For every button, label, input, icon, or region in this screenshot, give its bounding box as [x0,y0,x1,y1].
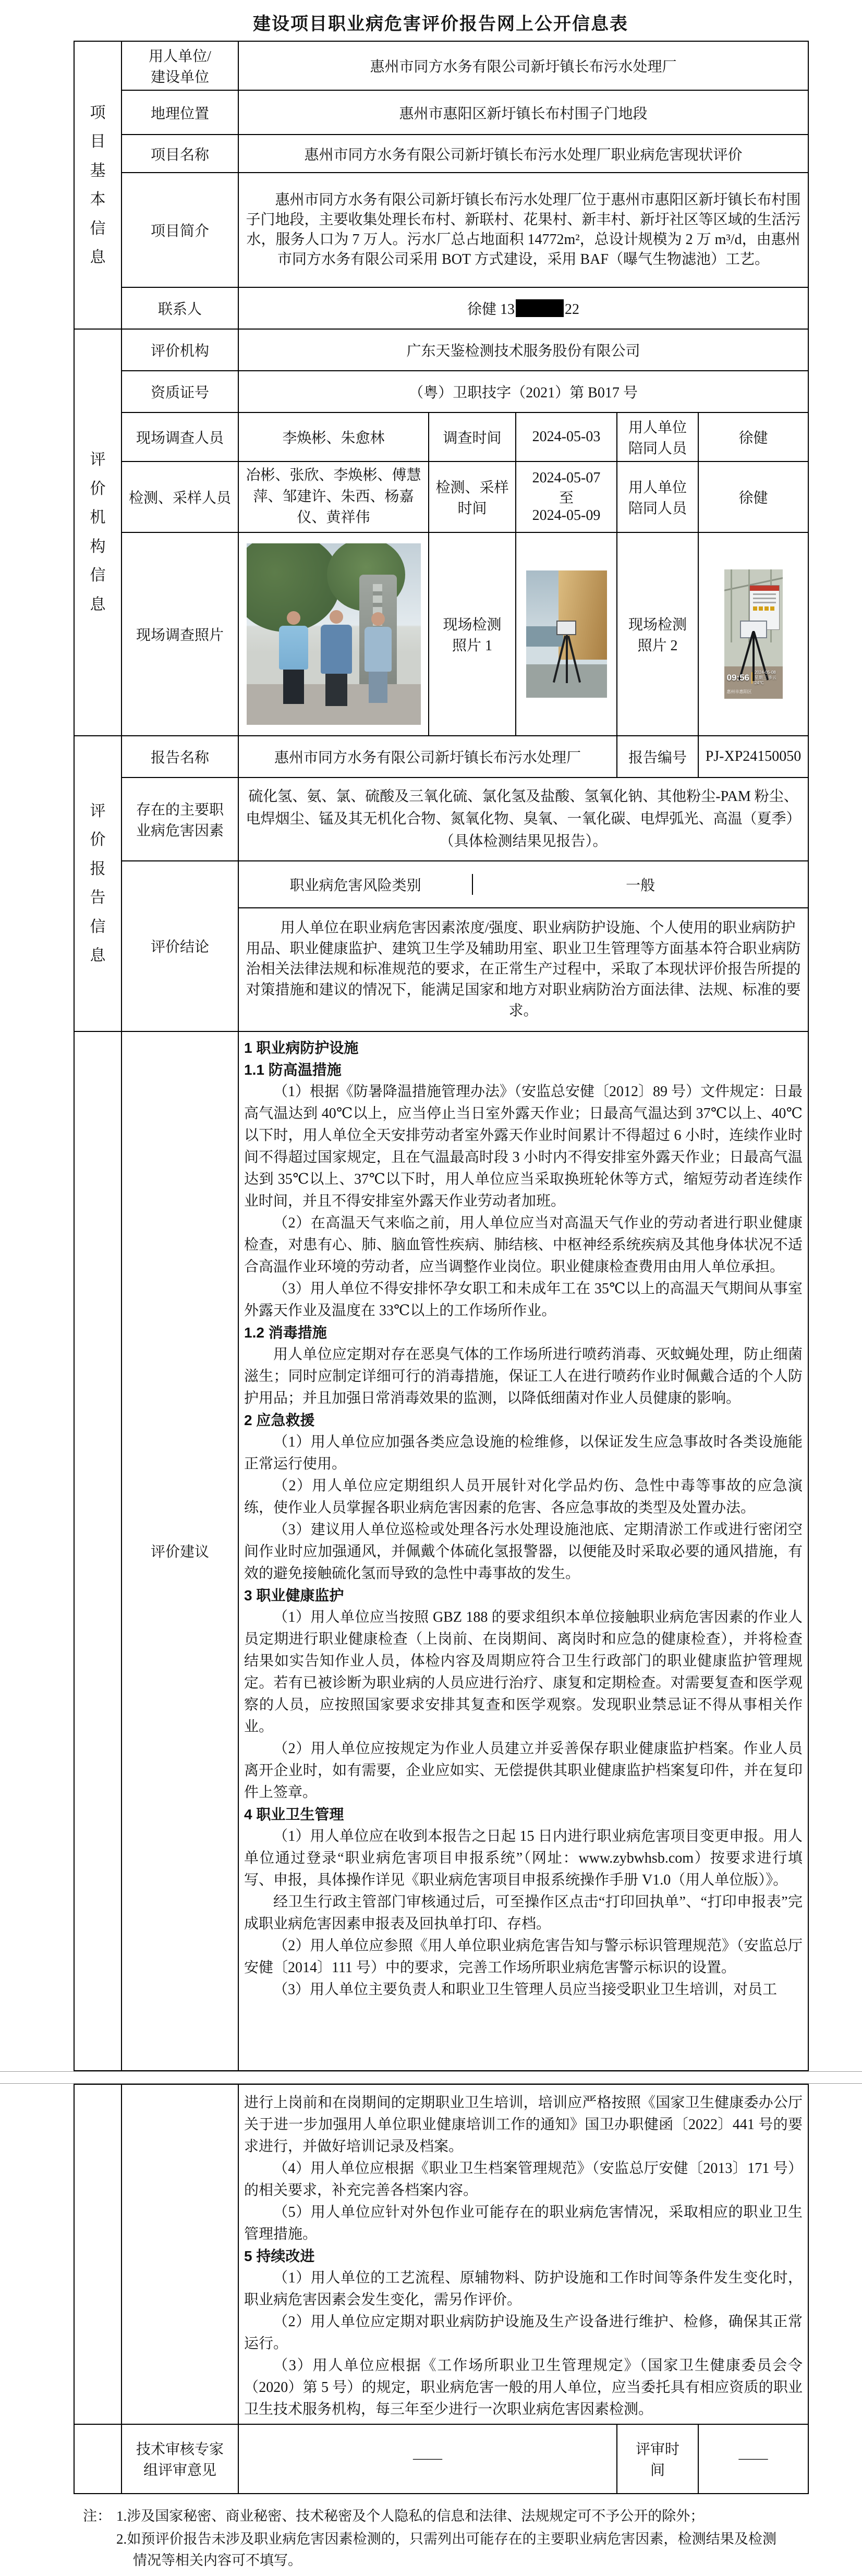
table-row: 资质证号 （粤）卫职技字（2021）第 B017 号 [74,371,808,412]
site-detection-photo-2: 09:56 2024-05-08 星期三 多云 24℃ 惠州市惠阳区 [724,569,783,699]
person-torso [365,627,392,672]
report-name-label-cell: 报告名称 [122,736,238,777]
risk-category-value: 一般 [472,874,808,895]
table-row: 项目名称 惠州市同方水务有限公司新圩镇长布污水处理厂职业病危害现状评价 [74,135,808,173]
photo-watermark: 惠州市惠阳区 [727,689,752,695]
detect-photo2-label: 现场检测照片 2 [626,613,689,655]
risk-category-row-cell: 职业病危害风险类别 一般 [238,861,808,908]
redaction-box [516,299,564,317]
conclusion-value-cell: 用人单位在职业病危害因素浓度/强度、职业病防护设施、个人使用的职业病防护用品、职… [238,908,808,1031]
location-label-cell: 地理位置 [122,90,238,135]
suggestion-paragraph: （1）根据《防暑降温措施管理办法》（安监总安健〔2012〕89 号）文件规定：日… [244,1081,803,1212]
table-row: 项目基本信息 用人单位/建设单位 惠州市同方水务有限公司新圩镇长布污水处理厂 [74,41,808,90]
notice-board-line [753,598,776,599]
survey-staff-label-cell: 现场调查人员 [122,412,238,461]
cert-label-cell: 资质证号 [122,371,238,412]
footer-notes: 注： 1.涉及国家秘密、商业秘密、技术秘密及个人隐私的信息和法律、法规规定可不予… [83,2506,776,2573]
suggestion-paragraph: 1.2 消毒措施 [244,1322,803,1344]
detect-photo2-label-cell: 现场检测照片 2 [617,532,698,736]
table-row: 评价报告信息 报告名称 惠州市同方水务有限公司新圩镇长布污水处理厂 报告编号 P… [74,736,808,777]
suggestion-paragraph: （1）用人单位应当按照 GBZ 188 的要求组织本单位接触职业病危害因素的作业… [244,1607,803,1738]
notice-board-header [750,586,779,591]
info-table-page1: 项目基本信息 用人单位/建设单位 惠州市同方水务有限公司新圩镇长布污水处理厂 地… [74,41,809,2071]
sampling-staff-value-cell: 冶彬、张欣、李焕彬、傅慧萍、邹建许、朱西、杨嘉仪、黄祥伟 [238,461,429,532]
section-basic-info-cell: 项目基本信息 [74,41,122,329]
detect-photo2-cell: 09:56 2024-05-08 星期三 多云 24℃ 惠州市惠阳区 [698,532,808,736]
person-figure [321,610,352,706]
section-report-info-cell: 评价报告信息 [74,736,122,1031]
sampling-time-label-cell: 检测、采样时间 [429,461,516,532]
suggestion-paragraph: （5）用人单位应针对外包作业可能存在的职业病危害情况，采取相应的职业卫生管理措施… [244,2202,803,2245]
table-row: 存在的主要职业病危害因素 硫化氢、氨、氯、硫酸及三氧化硫、氯化氢及盐酸、氢氧化钠… [74,777,808,861]
section-agency-info-cell: 评价机构信息 [74,329,122,736]
timestamp-date-block: 2024-05-08 星期三 多云 24℃ [755,670,783,686]
suggestion-paragraph: （2）在高温天气来临之前，用人单位应当对高温天气作业的劳动者进行职业健康检查，对… [244,1212,803,1278]
person-torso [321,625,352,674]
conclusion-label-cell: 评价结论 [122,861,238,1031]
survey-photo-cell [238,532,429,736]
suggestions-page2-cell: 进行上岗前和在岗期间的定期职业卫生培训，培训应严格按照《国家卫生健康委办公厅关于… [238,2084,808,2424]
employer-label: 用人单位/建设单位 [142,45,218,87]
contact-label-cell: 联系人 [122,287,238,329]
warning-icons-row [753,606,776,611]
risk-category-split: 职业病危害风险类别 一般 [239,874,808,895]
hazards-value-cell: 硫化氢、氨、氯、硫酸及三氧化硫、氯化氢及盐酸、氢氧化钠、其他粉尘-PAM 粉尘、… [238,777,808,861]
suggestion-paragraph: （1）用人单位应在收到本报告之日起 15 日内进行职业病危害项目变更申报。用人单… [244,1826,803,1891]
person-head [371,612,385,626]
survey-escort-value-cell: 徐健 [698,412,808,461]
suggestion-paragraph: 3 职业健康监护 [244,1585,803,1607]
suggestion-paragraph: 1 职业病防护设施 [244,1037,803,1059]
agency-org-label-cell: 评价机构 [122,329,238,371]
timestamp-divider [751,672,752,684]
person-legs [283,670,304,704]
review-value-cell: —— [238,2424,617,2494]
review-time-label-cell: 评审时间 [617,2424,698,2494]
detect-photo1-cell [516,532,617,736]
timestamp-time: 09:56 [727,673,749,683]
suggestion-paragraph: 2 应急救援 [244,1409,803,1431]
table-row: 评价机构信息 评价机构 广东天鉴检测技术服务股份有限公司 [74,329,808,371]
suggestion-paragraph: （2）用人单位应按规定为作业人员建立并妥善保存职业健康监护档案。作业人员离开企业… [244,1738,803,1804]
suggestions-label-cell: 评价建议 [122,1031,238,2071]
note-item: 1.涉及国家秘密、商业秘密、技术秘密及个人隐私的信息和法律、法规规定可不予公开的… [116,2506,776,2527]
table-row: 现场调查照片 [74,532,808,736]
table-row: 评价结论 职业病危害风险类别 一般 [74,861,808,908]
detect-photo1-label: 现场检测照片 1 [441,613,503,655]
notes-items: 1.涉及国家秘密、商业秘密、技术秘密及个人隐私的信息和法律、法规规定可不予公开的… [116,2506,776,2573]
suggestion-paragraph: （3）用人单位不得安排怀孕女职工和未成年工在 35℃以上的高温天气期间从事室外露… [244,1278,803,1322]
hazards-label-cell: 存在的主要职业病危害因素 [122,777,238,861]
survey-time-value-cell: 2024-05-03 [516,412,617,461]
document-body: 建设项目职业病危害评价报告网上公开信息表 项目基本信息 用人单位/建设单位 惠州… [74,0,808,2573]
suggestion-paragraph: （3）建议用人单位巡检或处理各污水处理设施池底、定期清淤工作或进行密闭空间作业时… [244,1519,803,1585]
timestamp-date: 2024-05-08 [755,670,776,675]
location-value-cell: 惠州市惠阳区新圩镇长布村围子门地段 [238,90,808,135]
person-figure [279,611,308,704]
suggestion-paragraph: （2）用人单位应参照《用人单位职业病危害告知与警示标识管理规范》（安监总厅安健〔… [244,1935,803,1979]
risk-category-label: 职业病危害风险类别 [239,874,472,895]
intro-value-cell: 惠州市同方水务有限公司新圩镇长布污水处理厂位于惠州市惠阳区新圩镇长布村围子门地段… [238,173,808,287]
suggestion-paragraph: （1）用人单位的工艺流程、原辅物料、防护设施和工作时间等条件发生变化时，职业病危… [244,2267,803,2311]
section-basic-info-label: 项目基本信息 [89,99,107,272]
contact-value-cell: 徐健 1322 [238,287,808,329]
sampling-escort-value-cell: 徐健 [698,461,808,532]
table-row: 现场调查人员 李焕彬、朱愈林 调查时间 2024-05-03 用人单位陪同人员 … [74,412,808,461]
section-empty-cell [74,1031,122,2071]
page-title: 建设项目职业病危害评价报告网上公开信息表 [74,0,808,41]
timestamp-weather: 星期三 多云 24℃ [755,675,776,685]
greenhouse-frame-shape [731,569,732,642]
detect-photo1-label-cell: 现场检测照片 1 [429,532,516,736]
hazards-label: 存在的主要职业病危害因素 [135,798,225,840]
person-torso [279,626,308,670]
cert-value-cell: （粤）卫职技字（2021）第 B017 号 [238,371,808,412]
suggestion-paragraph: 5 持续改进 [244,2245,803,2267]
suggestion-paragraph: 经卫生行政主管部门审核通过后，可至操作区点击“打印回执单”、“打印申报表”完成职… [244,1891,803,1935]
table-row: 项目简介 惠州市同方水务有限公司新圩镇长布污水处理厂位于惠州市惠阳区新圩镇长布村… [74,173,808,287]
photo-timestamp-overlay: 09:56 2024-05-08 星期三 多云 24℃ [727,670,783,686]
info-table-page2: 进行上岗前和在岗期间的定期职业卫生培训，培训应严格按照《国家卫生健康委办公厅关于… [74,2084,809,2494]
suggestions-page1-cell: 1 职业病防护设施1.1 防高温措施（1）根据《防暑降温措施管理办法》（安监总安… [238,1031,808,2071]
air-sampler-shape [556,621,576,635]
review-label: 技术审核专家组评审意见 [135,2438,225,2480]
employer-label-cell: 用人单位/建设单位 [122,41,238,90]
suggestion-paragraph: 4 职业卫生管理 [244,1804,803,1826]
notice-board-line [753,593,776,595]
section-empty-cell [74,2084,122,2424]
table-row: 联系人 徐健 1322 [74,287,808,329]
tripod-leg [566,635,568,683]
suggestion-paragraph: （2）用人单位应定期对职业病防护设施及生产设备进行维护、检修，确保其正常运行。 [244,2311,803,2355]
person-head [287,611,300,625]
notice-board-line [753,602,776,603]
suggestions-page1: 1 职业病防护设施1.1 防高温措施（1）根据《防暑降温措施管理办法》（安监总安… [244,1037,803,2067]
review-time-label: 评审时间 [634,2438,681,2480]
suggestion-paragraph: （2）用人单位应定期组织人员开展针对化学品灼伤、急性中毒等事故的应急演练，使作业… [244,1475,803,1519]
project-name-label-cell: 项目名称 [122,135,238,173]
suggestion-paragraph: （4）用人单位应根据《职业卫生档案管理规范》（安监总厅安健〔2013〕171 号… [244,2158,803,2202]
survey-photo-label-cell: 现场调查照片 [122,532,238,736]
survey-time-label-cell: 调查时间 [429,412,516,461]
table-row: 地理位置 惠州市惠阳区新圩镇长布村围子门地段 [74,90,808,135]
employer-value-cell: 惠州市同方水务有限公司新圩镇长布污水处理厂 [238,41,808,90]
sampling-staff-label-cell: 检测、采样人员 [122,461,238,532]
table-row: 评价建议 1 职业病防护设施1.1 防高温措施（1）根据《防暑降温措施管理办法》… [74,1031,808,2071]
agency-org-value-cell: 广东天鉴检测技术服务股份有限公司 [238,329,808,371]
person-figure [365,612,392,703]
contact-suffix: 22 [565,301,579,318]
suggestion-paragraph: 1.1 防高温措施 [244,1059,803,1081]
notes-label: 注： [83,2506,116,2573]
suggestion-paragraph: 进行上岗前和在岗期间的定期职业卫生培训，培训应严格按照《国家卫生健康委办公厅关于… [244,2092,803,2158]
site-detection-photo-1 [526,570,607,698]
section-report-info-label: 评价报告信息 [89,797,107,970]
section-empty-cell [74,2424,122,2494]
suggestion-paragraph: （3）用人单位主要负责人和职业卫生管理人员应当接受职业卫生培训，对员工 [244,1979,803,2001]
review-label-cell: 技术审核专家组评审意见 [122,2424,238,2494]
page-break-gap [0,2071,862,2084]
survey-escort-label-cell: 用人单位陪同人员 [617,412,698,461]
note-item: 2.如预评价报告未涉及职业病危害因素检测的，只需列出可能存在的主要职业病危害因素… [116,2529,776,2571]
document-page: 建设项目职业病危害评价报告网上公开信息表 项目基本信息 用人单位/建设单位 惠州… [0,0,862,2576]
suggestions-page2: 进行上岗前和在岗期间的定期职业卫生培训，培训应严格按照《国家卫生健康委办公厅关于… [244,2092,803,2421]
contact-name-prefix: 徐健 13 [467,301,515,318]
table-row: 检测、采样人员 冶彬、张欣、李焕彬、傅慧萍、邹建许、朱西、杨嘉仪、黄祥伟 检测、… [74,461,808,532]
report-no-value-cell: PJ-XP24150050 [698,736,808,777]
survey-staff-value-cell: 李焕彬、朱愈林 [238,412,429,461]
intro-label-cell: 项目简介 [122,173,238,287]
table-row: 进行上岗前和在岗期间的定期职业卫生培训，培训应严格按照《国家卫生健康委办公厅关于… [74,2084,808,2424]
review-time-value-cell: —— [698,2424,808,2494]
site-survey-photo [247,543,421,725]
person-legs [325,674,347,706]
suggestion-paragraph: （1）用人单位应加强各类应急设施的检维修，以保证发生应急事故时各类设施能正常运行… [244,1431,803,1475]
person-head [330,610,343,624]
person-legs [369,672,387,703]
suggestion-paragraph: （3）用人单位应根据《工作场所职业卫生管理规定》（国家卫生健康委员会令（2020… [244,2355,803,2421]
report-name-value-cell: 惠州市同方水务有限公司新圩镇长布污水处理厂 [238,736,617,777]
suggestion-paragraph: 用人单位应定期对存在恶臭气体的工作场所进行喷药消毒、灭蚊蝇处理，防止细菌滋生；同… [244,1344,803,1409]
sampling-escort-label-cell: 用人单位陪同人员 [617,461,698,532]
project-name-value-cell: 惠州市同方水务有限公司新圩镇长布污水处理厂职业病危害现状评价 [238,135,808,173]
report-no-label-cell: 报告编号 [617,736,698,777]
suggestions-label-empty-cell [122,2084,238,2424]
section-agency-info-label: 评价机构信息 [89,445,107,619]
sampling-time-value-cell: 2024-05-07 至 2024-05-09 [516,461,617,532]
table-row: 技术审核专家组评审意见 —— 评审时间 —— [74,2424,808,2494]
